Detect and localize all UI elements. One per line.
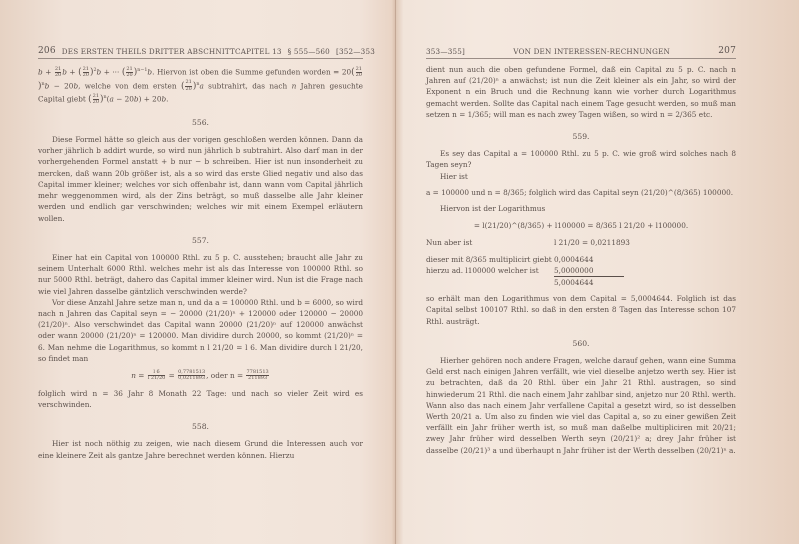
section-559-log-equation: = l(21/20)^(8/365) + l100000 = 8/365 l 2… [426, 220, 736, 231]
section-557-text: Einer hat ein Capital von 100000 Rthl. z… [38, 252, 363, 297]
right-bracket-pages: 353—355] [426, 47, 465, 56]
section-559-hier-ist: Hier ist [426, 171, 736, 182]
left-page-body: b + 2120b + (2120)2b + ··· (2120)n−1b. H… [38, 65, 363, 461]
section-559-text2: so erhält man den Logarithmus von dem Ca… [426, 293, 736, 327]
left-page-number: 206 [38, 46, 56, 56]
section-number-558: 558. [38, 421, 363, 432]
section-number-556: 556. [38, 117, 363, 128]
left-sections-range: § 555—560 [288, 47, 330, 56]
section-556-text: Diese Formel hätte so gleich aus der vor… [38, 134, 363, 224]
equation-n: n = l 6l 21/20 = 0,77815130,0211893, ode… [38, 370, 363, 382]
section-558-text: Hier ist noch nöthig zu zeigen, wie nach… [38, 438, 363, 460]
book-spread: 206 DES ERSTEN THEILS DRITTER ABSCHNITT … [0, 0, 799, 544]
section-number-560: 560. [426, 338, 736, 349]
left-continuation: b + 2120b + (2120)2b + ··· (2120)n−1b. H… [38, 65, 363, 106]
right-page-body: dient nun auch die oben gefundene Formel… [426, 64, 736, 456]
section-number-557: 557. [38, 235, 363, 246]
right-page: 353—355] VON DEN INTERESSEN-RECHNUNGEN 2… [426, 0, 736, 544]
right-continuation: dient nun auch die oben gefundene Formel… [426, 64, 736, 120]
left-chapter: CAPITEL 13 [235, 47, 282, 56]
section-559-log-intro: Hiervon ist der Logarithmus [426, 203, 736, 214]
right-page-number: 207 [718, 46, 736, 56]
section-557-text3: folglich wird n = 36 Jahr 8 Monath 22 Ta… [38, 388, 363, 410]
calc-row: Nun aber ist l 21/20 = 0,0211893 [426, 237, 736, 248]
left-running-head: 206 DES ERSTEN THEILS DRITTER ABSCHNITT … [38, 44, 363, 59]
left-bracket-pages: [352—353 [336, 47, 375, 56]
section-559-line-a: a = 100000 und n = 8/365; folglich wird … [426, 187, 736, 198]
calc-row-total: 5,0004644 [426, 277, 736, 288]
left-page: 206 DES ERSTEN THEILS DRITTER ABSCHNITT … [38, 0, 363, 544]
section-557-text2: Vor diese Anzahl Jahre setze man n, und … [38, 297, 363, 364]
section-number-559: 559. [426, 131, 736, 142]
right-running-title: VON DEN INTERESSEN-RECHNUNGEN [465, 47, 718, 56]
right-running-head: 353—355] VON DEN INTERESSEN-RECHNUNGEN 2… [426, 44, 736, 59]
continuation-line1: Hiervon ist oben die Summe gefunden word… [157, 67, 331, 76]
calc-row: dieser mit 8/365 multiplicirt giebt 0,00… [426, 254, 736, 265]
section-559-text: Es sey das Capital a = 100000 Rthl. zu 5… [426, 148, 736, 170]
book-gutter [395, 0, 396, 544]
section-560-text: Hierher gehören noch andere Fragen, welc… [426, 355, 736, 456]
left-running-title: DES ERSTEN THEILS DRITTER ABSCHNITT [62, 47, 235, 56]
calculation-table: Nun aber ist l 21/20 = 0,0211893 dieser … [426, 237, 736, 288]
calc-row: hierzu ad. l100000 welcher ist 5,0000000 [426, 265, 736, 277]
